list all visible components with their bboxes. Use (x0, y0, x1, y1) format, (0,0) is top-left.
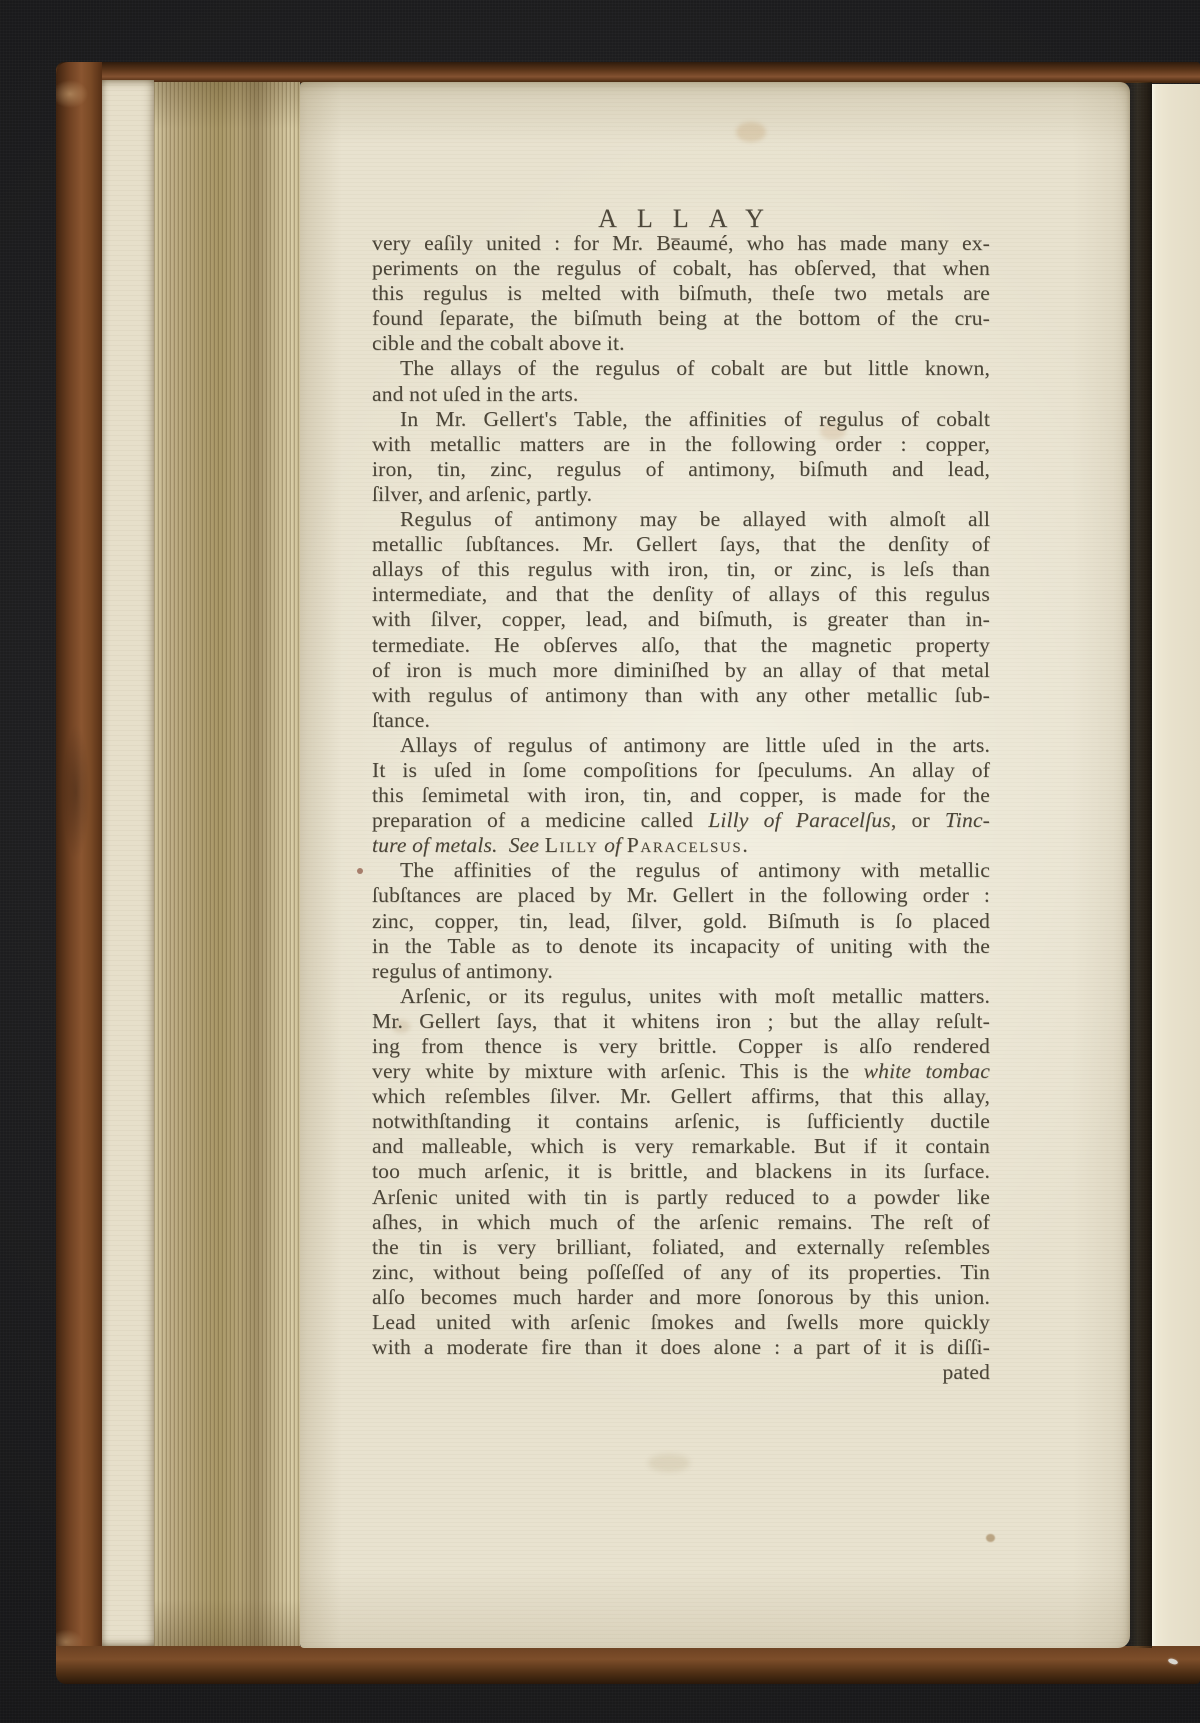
flyleaf-page-edge (102, 80, 154, 1646)
text-line: metallic ſubſtances. Mr. Gellert ſays, t… (372, 532, 990, 557)
marginal-mark (357, 868, 363, 874)
text-line: with a moderate fire than it does alone … (372, 1335, 990, 1360)
text-line: with metallic matters are in the followi… (372, 432, 990, 457)
book-cover-top-edge (56, 62, 1200, 83)
text-block: very eaſily united : for Mr. Beaumé, who… (372, 231, 990, 1385)
text-line: Allays of regulus of antimony are little… (372, 733, 990, 758)
text-line: Lead united with arſenic ſmokes and ſwel… (372, 1310, 990, 1335)
text-line: of iron is much more diminiſhed by an al… (372, 658, 990, 683)
text-line: alſo becomes much harder and more ſonoro… (372, 1285, 990, 1310)
text-line: The allays of the regulus of cobalt are … (372, 356, 990, 381)
book-page: ALLAY very eaſily united : for Mr. Beaum… (300, 82, 1130, 1648)
book-cover-spine-edge (56, 62, 102, 1684)
text-line: and malleable, which is very remarkable.… (372, 1134, 990, 1159)
text-line: iron, tin, zinc, regulus of antimony, bi… (372, 457, 990, 482)
text-line: intermediate, and that the denſity of al… (372, 582, 990, 607)
text-line: this ſemimetal with iron, tin, and coppe… (372, 783, 990, 808)
text-line: this regulus is melted with biſmuth, the… (372, 281, 990, 306)
book-cover-bottom-edge (56, 1646, 1200, 1684)
text-line: Arſenic united with tin is partly reduce… (372, 1185, 990, 1210)
text-line: Regulus of antimony may be allayed with … (372, 507, 990, 532)
text-line: ſubſtances are placed by Mr. Gellert in … (372, 883, 990, 908)
text-line: ing from thence is very brittle. Copper … (372, 1034, 990, 1059)
text-line: ſilver, and arſenic, partly. (372, 482, 990, 507)
text-line: allays of this regulus with iron, tin, o… (372, 557, 990, 582)
text-line: preparation of a medicine called Lilly o… (372, 808, 990, 833)
text-line: very white by mixture with arſenic. This… (372, 1059, 990, 1084)
text-line: cible and the cobalt above it. (372, 331, 990, 356)
text-column: ALLAY very eaſily united : for Mr. Beaum… (372, 82, 990, 1648)
text-line: notwithſtanding it contains arſenic, is … (372, 1109, 990, 1134)
text-line: zinc, copper, tin, lead, ſilver, gold. B… (372, 909, 990, 934)
text-line: aſhes, in which much of the arſenic rema… (372, 1210, 990, 1235)
running-head-text: ALLAY (598, 204, 784, 233)
text-line: with regulus of antimony than with any o… (372, 683, 990, 708)
text-line: very eaſily united : for Mr. Beaumé, who… (372, 231, 990, 256)
text-line: with ſilver, copper, lead, and biſmuth, … (372, 607, 990, 632)
text-line: too much arſenic, it is brittle, and bla… (372, 1159, 990, 1184)
text-line: The affinities of the regulus of antimon… (372, 858, 990, 883)
text-line: regulus of antimony. (372, 959, 990, 984)
text-line: which reſembles ſilver. Mr. Gellert affi… (372, 1084, 990, 1109)
catchword: pated (372, 1360, 990, 1385)
book-photo-background: ALLAY very eaſily united : for Mr. Beaum… (0, 0, 1200, 1723)
text-line: found ſeparate, the biſmuth being at the… (372, 306, 990, 331)
text-line: Mr. Gellert ſays, that it whitens iron ;… (372, 1009, 990, 1034)
gutter-shadow (1126, 82, 1152, 1648)
text-line: zinc, without being poſſeſſed of any of … (372, 1260, 990, 1285)
text-line: in the Table as to denote its incapacity… (372, 934, 990, 959)
facing-page-edge (1152, 84, 1200, 1646)
text-line: and not uſed in the arts. (372, 382, 990, 407)
text-line: ture of metals. See Lilly of Paracelsus. (372, 833, 990, 858)
text-line: In Mr. Gellert's Table, the affinities o… (372, 407, 990, 432)
page-stack-fore-edges (154, 82, 300, 1646)
text-line: the tin is very brilliant, foliated, and… (372, 1235, 990, 1260)
text-line: termediate. He obſerves alſo, that the m… (372, 633, 990, 658)
page-title: ALLAY (372, 204, 990, 234)
text-line: It is uſed in ſome compoſitions for ſpec… (372, 758, 990, 783)
text-line: periments on the regulus of cobalt, has … (372, 256, 990, 281)
text-line: Arſenic, or its regulus, unites with moſ… (372, 984, 990, 1009)
text-line: ſtance. (372, 708, 990, 733)
